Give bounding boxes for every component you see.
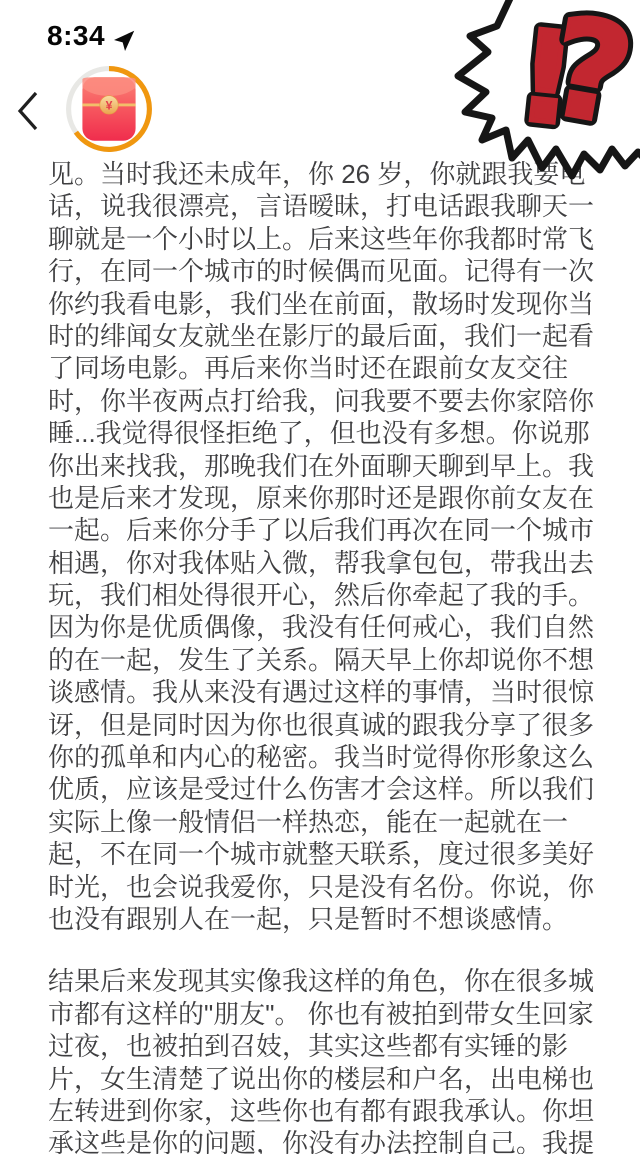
currency-symbol: ¥ bbox=[106, 99, 113, 113]
text-line: 讶，但是同时因为你也很真诚的跟我分享了很多 bbox=[48, 709, 608, 741]
status-time: 8:34 bbox=[47, 20, 105, 52]
text-line: 过夜，也被拍到召妓，其实这些都有实锤的影 bbox=[48, 1030, 608, 1062]
text-line: 话，说我很漂亮，言语暧昧，打电话跟我聊天一 bbox=[48, 190, 608, 222]
red-envelope-icon: ¥ bbox=[64, 64, 154, 154]
text-line: 也是后来才发现，原来你那时还是跟你前女友在 bbox=[48, 482, 608, 514]
interrobang-speech-bubble: ! ! ? ? bbox=[440, 0, 640, 192]
text-line: 时的绯闻女友就坐在影厅的最后面，我们一起看 bbox=[48, 320, 608, 352]
text-line: 优质，应该是受过什么伤害才会这样。所以我们 bbox=[48, 773, 608, 805]
text-line: 起，不在同一个城市就整天联系，度过很多美好 bbox=[48, 838, 608, 870]
text-line: 你的孤单和内心的秘密。我当时觉得你形象这么 bbox=[48, 741, 608, 773]
status-bar: 8:34 bbox=[0, 0, 440, 58]
text-line: 因为你是优质偶像，我没有任何戒心，我们自然 bbox=[48, 611, 608, 643]
text-line: 你约我看电影，我们坐在前面，散场时发现你当 bbox=[48, 288, 608, 320]
text-line: 左转进到你家，这些你也有都有跟我承认。你坦 bbox=[48, 1095, 608, 1127]
text-line: 了同场电影。再后来你当时还在跟前女友交往 bbox=[48, 352, 608, 384]
back-button[interactable] bbox=[12, 88, 44, 134]
text-line: 承这些是你的问题，你没有办法控制自己。我提 bbox=[48, 1127, 608, 1154]
text-line: 相遇，你对我体贴入微，帮我拿包包，带我出去 bbox=[48, 547, 608, 579]
text-line: 实际上像一般情侣一样热恋，能在一起就在一 bbox=[48, 806, 608, 838]
text-line: 睡...我觉得很怪拒绝了，但也没有多想。你说那 bbox=[48, 417, 608, 449]
text-line: 时，你半夜两点打给我，问我要不要去你家陪你 bbox=[48, 385, 608, 417]
text-line: 谈感情。我从来没有遇过这样的事情，当时很惊 bbox=[48, 676, 608, 708]
text-line: 市都有这样的"朋友"。 你也有被拍到带女生回家 bbox=[48, 998, 608, 1030]
profile-avatar[interactable]: ¥ bbox=[64, 64, 154, 154]
screen: 8:34 bbox=[0, 0, 640, 1154]
text-line: 结果后来发现其实像我这样的角色，你在很多城 bbox=[48, 965, 608, 997]
text-line: 的在一起，发生了关系。隔天早上你却说你不想 bbox=[48, 644, 608, 676]
text-line: 一起。后来你分手了以后我们再次在同一个城市 bbox=[48, 514, 608, 546]
article-paragraph: 结果后来发现其实像我这样的角色，你在很多城市都有这样的"朋友"。 你也有被拍到带… bbox=[48, 965, 608, 1154]
location-arrow-icon bbox=[114, 26, 139, 51]
article-body: 见。当时我还未成年，你 26 岁，你就跟我要电话，说我很漂亮，言语暧昧，打电话跟… bbox=[48, 158, 608, 1154]
text-line: 你出来找我，那晚我们在外面聊天聊到早上。我 bbox=[48, 450, 608, 482]
text-line: 聊就是一个小时以上。后来这些年你我都时常飞 bbox=[48, 223, 608, 255]
text-line: 时光，也会说我爱你，只是没有名份。你说，你 bbox=[48, 871, 608, 903]
article-paragraph: 见。当时我还未成年，你 26 岁，你就跟我要电话，说我很漂亮，言语暧昧，打电话跟… bbox=[48, 158, 608, 935]
text-line: 行，在同一个城市的时候偶而见面。记得有一次 bbox=[48, 255, 608, 287]
text-line: 玩，我们相处得很开心，然后你牵起了我的手。 bbox=[48, 579, 608, 611]
text-line: 也没有跟别人在一起，只是暂时不想谈感情。 bbox=[48, 903, 608, 935]
text-line: 片，女生清楚了说出你的楼层和户名，出电梯也 bbox=[48, 1063, 608, 1095]
